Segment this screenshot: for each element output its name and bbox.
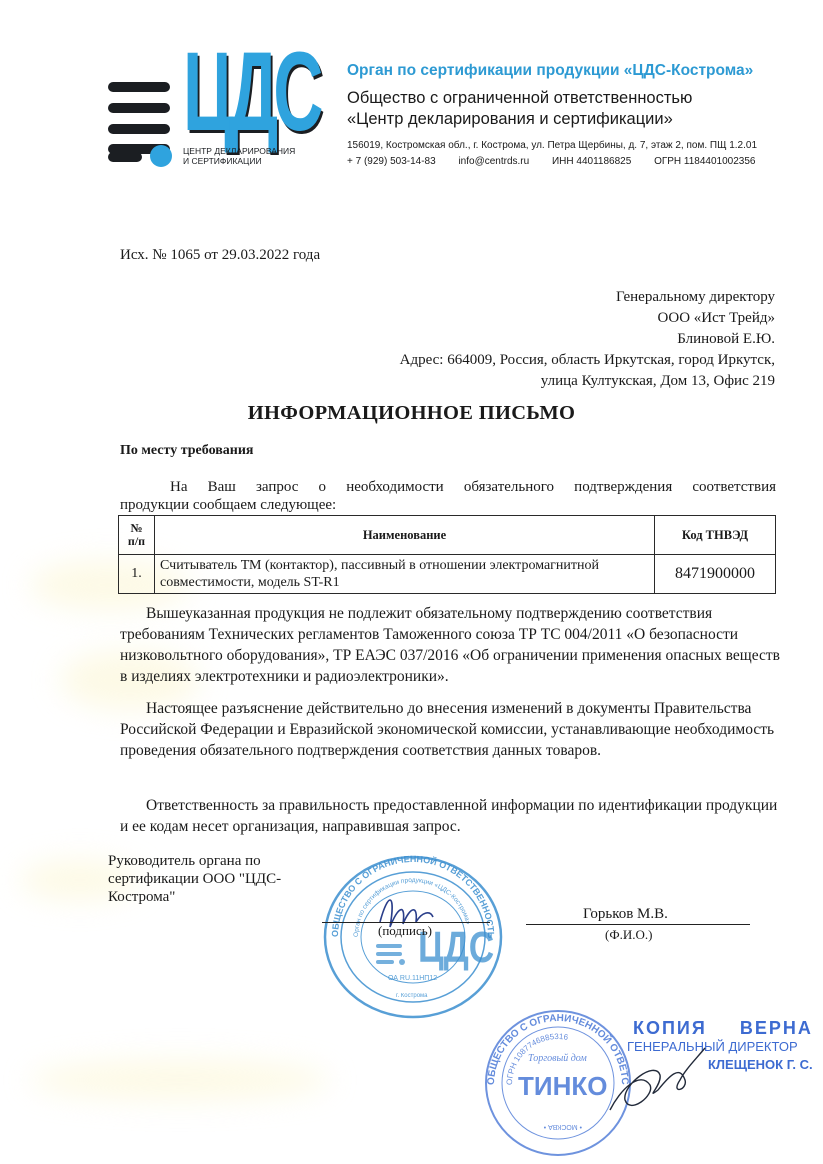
goods-table: № п/п Наименование Код ТНВЭД 1. Считыват…: [118, 515, 776, 594]
certify-name: КЛЕЩЕНОК Г. С.: [708, 1057, 813, 1072]
paragraph-text: Настоящее разъяснение действительно до в…: [120, 698, 780, 761]
table-cell-name: Считыватель ТМ (контактор), пассивный в …: [155, 555, 655, 594]
logo-dot-icon: [150, 145, 172, 167]
addressee-line: улица Култукская, Дом 13, Офис 219: [400, 371, 775, 392]
addressee-block: Генеральному директору ООО «Ист Трейд» Б…: [400, 287, 775, 392]
svg-text:Торговый дом: Торговый дом: [528, 1053, 587, 1064]
org-name-line: Общество с ограниченной ответственностью: [347, 88, 692, 109]
intro-line: продукции сообщаем следующее:: [120, 496, 776, 514]
org-inn: ИНН 4401186825: [552, 156, 631, 167]
signer-role-line: Кострома": [108, 888, 281, 906]
intro-paragraph: На Ваш запрос о необходимости обязательн…: [120, 478, 776, 514]
table-header-row: № п/п Наименование Код ТНВЭД: [119, 516, 776, 555]
signature-caption: (подпись): [378, 923, 432, 939]
logo-letters: ЦДС: [183, 42, 318, 142]
logo-bar: [108, 82, 170, 92]
signer-role-line: Руководитель органа по: [108, 852, 281, 870]
logo-subtitle-line: Центр декларирования: [183, 146, 295, 156]
signer-name: Горьков М.В.: [583, 906, 668, 923]
cds-logo: ЦДС Центр декларирования и сертификации: [108, 40, 308, 170]
org-phone: + 7 (929) 503-14-83: [347, 156, 436, 167]
name-caption: (Ф.И.О.): [605, 927, 652, 943]
org-name-line: «Центр декларирования и сертификации»: [347, 109, 692, 130]
paper-tint: [30, 1060, 330, 1100]
svg-text:ОА RU.11НП12: ОА RU.11НП12: [388, 975, 437, 982]
signature-scribble-icon: [600, 1040, 710, 1120]
logo-bar: [108, 124, 170, 134]
org-contacts: 156019, Костромская обл., г. Кострома, у…: [347, 138, 775, 170]
certify-true-label: ВЕРНА: [740, 1018, 813, 1038]
org-address: 156019, Костромская обл., г. Кострома, у…: [347, 138, 775, 154]
paragraph-text: Ответственность за правильность предоста…: [120, 795, 780, 837]
document-title: ИНФОРМАЦИОННОЕ ПИСЬМО: [0, 402, 823, 425]
logo-subtitle: Центр декларирования и сертификации: [183, 146, 295, 166]
table-header-number: № п/п: [119, 516, 155, 555]
svg-text:ТИНКО: ТИНКО: [518, 1071, 607, 1101]
addressee-line: Адрес: 664009, Россия, область Иркутская…: [400, 350, 775, 371]
org-name: Общество с ограниченной ответственностью…: [347, 88, 692, 130]
org-contact-line: + 7 (929) 503-14-83 info@centrds.ru ИНН …: [347, 154, 775, 170]
outgoing-number: Исх. № 1065 от 29.03.2022 года: [120, 247, 320, 264]
table-header-name: Наименование: [155, 516, 655, 555]
paragraph-responsibility: Ответственность за правильность предоста…: [120, 795, 780, 837]
paragraph-validity: Настоящее разъяснение действительно до в…: [120, 698, 780, 761]
svg-text:г. Кострома: г. Кострома: [396, 993, 428, 999]
table-cell-number: 1.: [119, 555, 155, 594]
signer-role-line: сертификации ООО "ЦДС-: [108, 870, 281, 888]
table-cell-code: 8471900000: [655, 555, 776, 594]
svg-text:• МОСКВА •: • МОСКВА •: [543, 1123, 582, 1130]
table-header-code: Код ТНВЭД: [655, 516, 776, 555]
name-line: [526, 924, 750, 925]
paragraph-not-subject: Вышеуказанная продукция не подлежит обяз…: [120, 603, 780, 687]
addressee-line: Блиновой Е.Ю.: [400, 329, 775, 350]
place-line: По месту требования: [120, 443, 254, 459]
addressee-line: Генеральному директору: [400, 287, 775, 308]
addressee-line: ООО «Ист Трейд»: [400, 308, 775, 329]
intro-line: На Ваш запрос о необходимости обязательн…: [120, 478, 776, 496]
table-row: 1. Считыватель ТМ (контактор), пассивный…: [119, 555, 776, 594]
logo-subtitle-line: и сертификации: [183, 156, 295, 166]
logo-bar: [108, 152, 142, 162]
paragraph-text: Вышеуказанная продукция не подлежит обяз…: [120, 603, 780, 687]
org-email[interactable]: info@centrds.ru: [458, 156, 529, 167]
org-ogrn: ОГРН 1184401002356: [654, 156, 755, 167]
org-title: Орган по сертификации продукции «ЦДС-Кос…: [347, 62, 753, 80]
logo-bar: [108, 103, 170, 113]
certify-copy-stamp: КОПИЯ ВЕРНА: [633, 1018, 813, 1039]
certify-copy-label: КОПИЯ: [633, 1018, 707, 1038]
signer-role: Руководитель органа по сертификации ООО …: [108, 852, 281, 906]
